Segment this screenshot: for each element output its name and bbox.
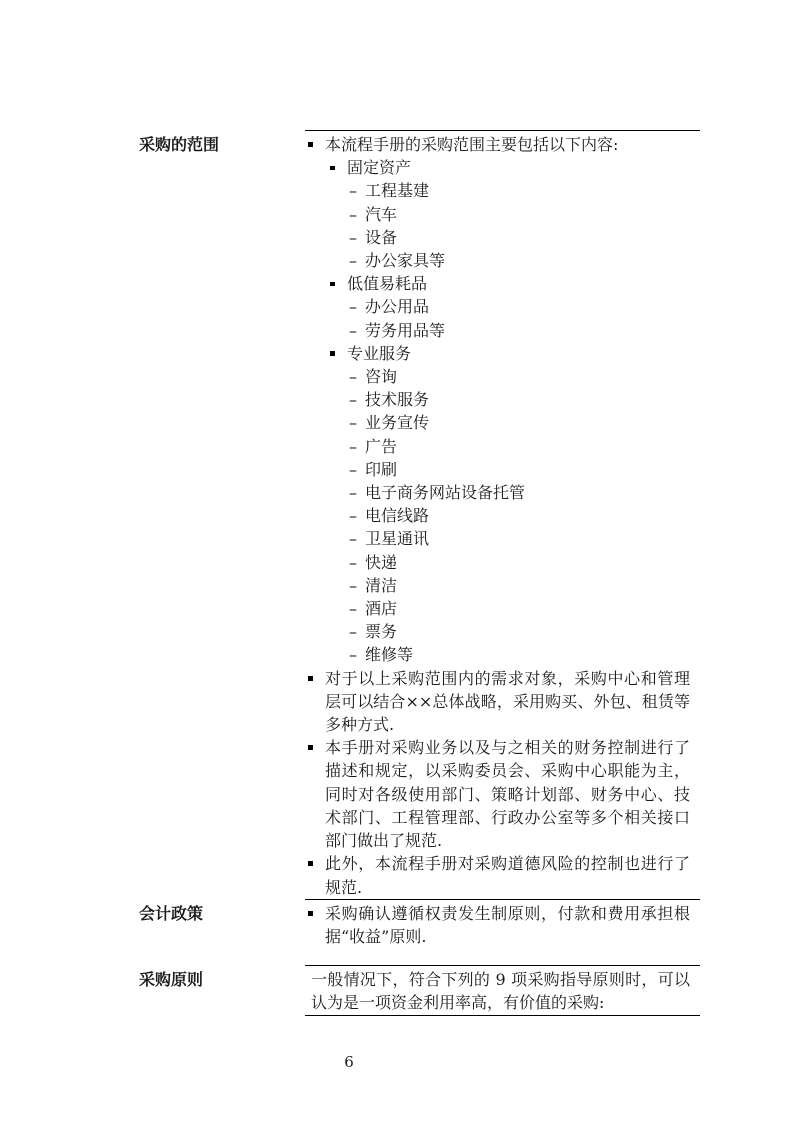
- list-item-text: 对于以上采购范围内的需求对象，采购中心和管理层可以结合××总体战略，采用购买、外…: [325, 669, 690, 734]
- list-item-text: 清洁: [365, 576, 397, 595]
- list-item-text: 专业服务: [347, 344, 411, 363]
- section-accounting-policy: 会计政策 采购确认遵循权责发生制原则，付款和费用承担根据“收益”原则.: [139, 899, 700, 965]
- bullet-icon: [349, 319, 357, 342]
- list-item: 印刷: [305, 458, 690, 481]
- list-item: 本手册对采购业务以及与之相关的财务控制进行了描述和规定，以采购委员会、采购中心职…: [305, 736, 690, 852]
- bullet-icon: [349, 527, 357, 550]
- document-body: 采购的范围 本流程手册的采购范围主要包括以下内容: 固定资产: [139, 130, 700, 1016]
- list-item-text: 固定资产: [347, 158, 411, 177]
- bullet-icon: [349, 388, 357, 411]
- section-procurement-principles: 采购原则 一般情况下，符合下列的 9 项采购指导原则时，可以认为是一项资金利用率…: [139, 965, 700, 1015]
- list-item: 维修等: [305, 643, 690, 666]
- list-item: 卫星通讯: [305, 527, 690, 550]
- bullet-icon: [349, 226, 357, 249]
- bullet-icon: [349, 504, 357, 527]
- list-item-text: 设备: [365, 228, 397, 247]
- section-header: 会计政策: [139, 899, 305, 925]
- section-header: 采购原则: [139, 965, 305, 991]
- bullet-icon: [349, 551, 357, 574]
- list-item: 广告: [305, 435, 690, 458]
- bullet-icon: [349, 435, 357, 458]
- list-item: 专业服务: [305, 342, 690, 365]
- bullet-icon: [308, 911, 313, 916]
- bullet-icon: [349, 643, 357, 666]
- bullet-icon: [308, 676, 313, 681]
- section-header: 采购的范围: [139, 130, 305, 156]
- list-item: 汽车: [305, 203, 690, 226]
- list-item-text: 劳务用品等: [365, 321, 445, 340]
- bullet-icon: [349, 411, 357, 434]
- bullet-icon: [349, 365, 357, 388]
- list-item: 一般情况下，符合下列的 9 项采购指导原则时，可以认为是一项资金利用率高，有价值…: [305, 968, 690, 1014]
- document-page: 采购的范围 本流程手册的采购范围主要包括以下内容: 固定资产: [0, 0, 793, 1122]
- list-item-text: 本手册对采购业务以及与之相关的财务控制进行了描述和规定，以采购委员会、采购中心职…: [325, 738, 690, 850]
- section-procurement-scope: 采购的范围 本流程手册的采购范围主要包括以下内容: 固定资产: [139, 130, 700, 899]
- bullet-icon: [349, 179, 357, 202]
- list-item: 咨询: [305, 365, 690, 388]
- list-item-text: 技术服务: [365, 390, 429, 409]
- bullet-icon: [349, 574, 357, 597]
- bullet-icon: [330, 351, 335, 356]
- bullet-icon: [349, 458, 357, 481]
- bullet-icon: [330, 166, 335, 171]
- list-item-text: 工程基建: [365, 181, 429, 200]
- list-item: 酒店: [305, 597, 690, 620]
- list-item: 低值易耗品: [305, 272, 690, 295]
- bullet-icon: [308, 861, 313, 866]
- list-item: 快递: [305, 551, 690, 574]
- list-item-text: 电信线路: [365, 506, 429, 525]
- list-item-text: 此外，本流程手册对采购道德风险的控制也进行了规范.: [325, 854, 690, 896]
- list-item: 采购确认遵循权责发生制原则，付款和费用承担根据“收益”原则.: [305, 902, 690, 948]
- section-content: 采购确认遵循权责发生制原则，付款和费用承担根据“收益”原则.: [305, 899, 700, 965]
- list-item: 票务: [305, 620, 690, 643]
- list-item-text: 酒店: [365, 599, 397, 618]
- list-item-text: 快递: [365, 553, 397, 572]
- page-number: 6: [0, 1053, 698, 1071]
- bullet-icon: [349, 597, 357, 620]
- bullet-icon: [349, 295, 357, 318]
- bullet-icon: [330, 282, 335, 287]
- list-item-text: 一般情况下，符合下列的 9 项采购指导原则时，可以认为是一项资金利用率高，有价值…: [311, 970, 690, 1012]
- list-item: 电子商务网站设备托管: [305, 481, 690, 504]
- list-item: 业务宣传: [305, 411, 690, 434]
- list-item: 此外，本流程手册对采购道德风险的控制也进行了规范.: [305, 852, 690, 898]
- list-item-text: 票务: [365, 622, 397, 641]
- bullet-icon: [308, 745, 313, 750]
- list-item: 办公家具等: [305, 249, 690, 272]
- list-item: 办公用品: [305, 295, 690, 318]
- bullet-icon: [349, 620, 357, 643]
- list-item-text: 汽车: [365, 205, 397, 224]
- list-item-text: 印刷: [365, 460, 397, 479]
- list-item-text: 办公家具等: [365, 251, 445, 270]
- list-item-text: 电子商务网站设备托管: [365, 483, 525, 502]
- list-item: 电信线路: [305, 504, 690, 527]
- list-item-text: 办公用品: [365, 297, 429, 316]
- list-item-text: 业务宣传: [365, 413, 429, 432]
- bullet-icon: [349, 481, 357, 504]
- list-item: 对于以上采购范围内的需求对象，采购中心和管理层可以结合××总体战略，采用购买、外…: [305, 667, 690, 737]
- section-content: 本流程手册的采购范围主要包括以下内容: 固定资产 工程基建 汽车: [305, 130, 700, 899]
- list-item-text: 采购确认遵循权责发生制原则，付款和费用承担根据“收益”原则.: [325, 904, 690, 946]
- list-item: 清洁: [305, 574, 690, 597]
- list-item: 本流程手册的采购范围主要包括以下内容:: [305, 133, 690, 156]
- list-item-text: 低值易耗品: [347, 274, 427, 293]
- list-item: 劳务用品等: [305, 319, 690, 342]
- bullet-icon: [308, 142, 313, 147]
- list-item-text: 卫星通讯: [365, 529, 429, 548]
- section-content: 一般情况下，符合下列的 9 项采购指导原则时，可以认为是一项资金利用率高，有价值…: [305, 965, 700, 1015]
- list-item: 设备: [305, 226, 690, 249]
- list-item: 技术服务: [305, 388, 690, 411]
- list-item-text: 维修等: [365, 645, 413, 664]
- list-item-text: 本流程手册的采购范围主要包括以下内容:: [325, 135, 618, 154]
- bullet-icon: [349, 203, 357, 226]
- list-item-text: 咨询: [365, 367, 397, 386]
- bullet-icon: [349, 249, 357, 272]
- list-item: 工程基建: [305, 179, 690, 202]
- list-item: 固定资产: [305, 156, 690, 179]
- list-item-text: 广告: [365, 437, 397, 456]
